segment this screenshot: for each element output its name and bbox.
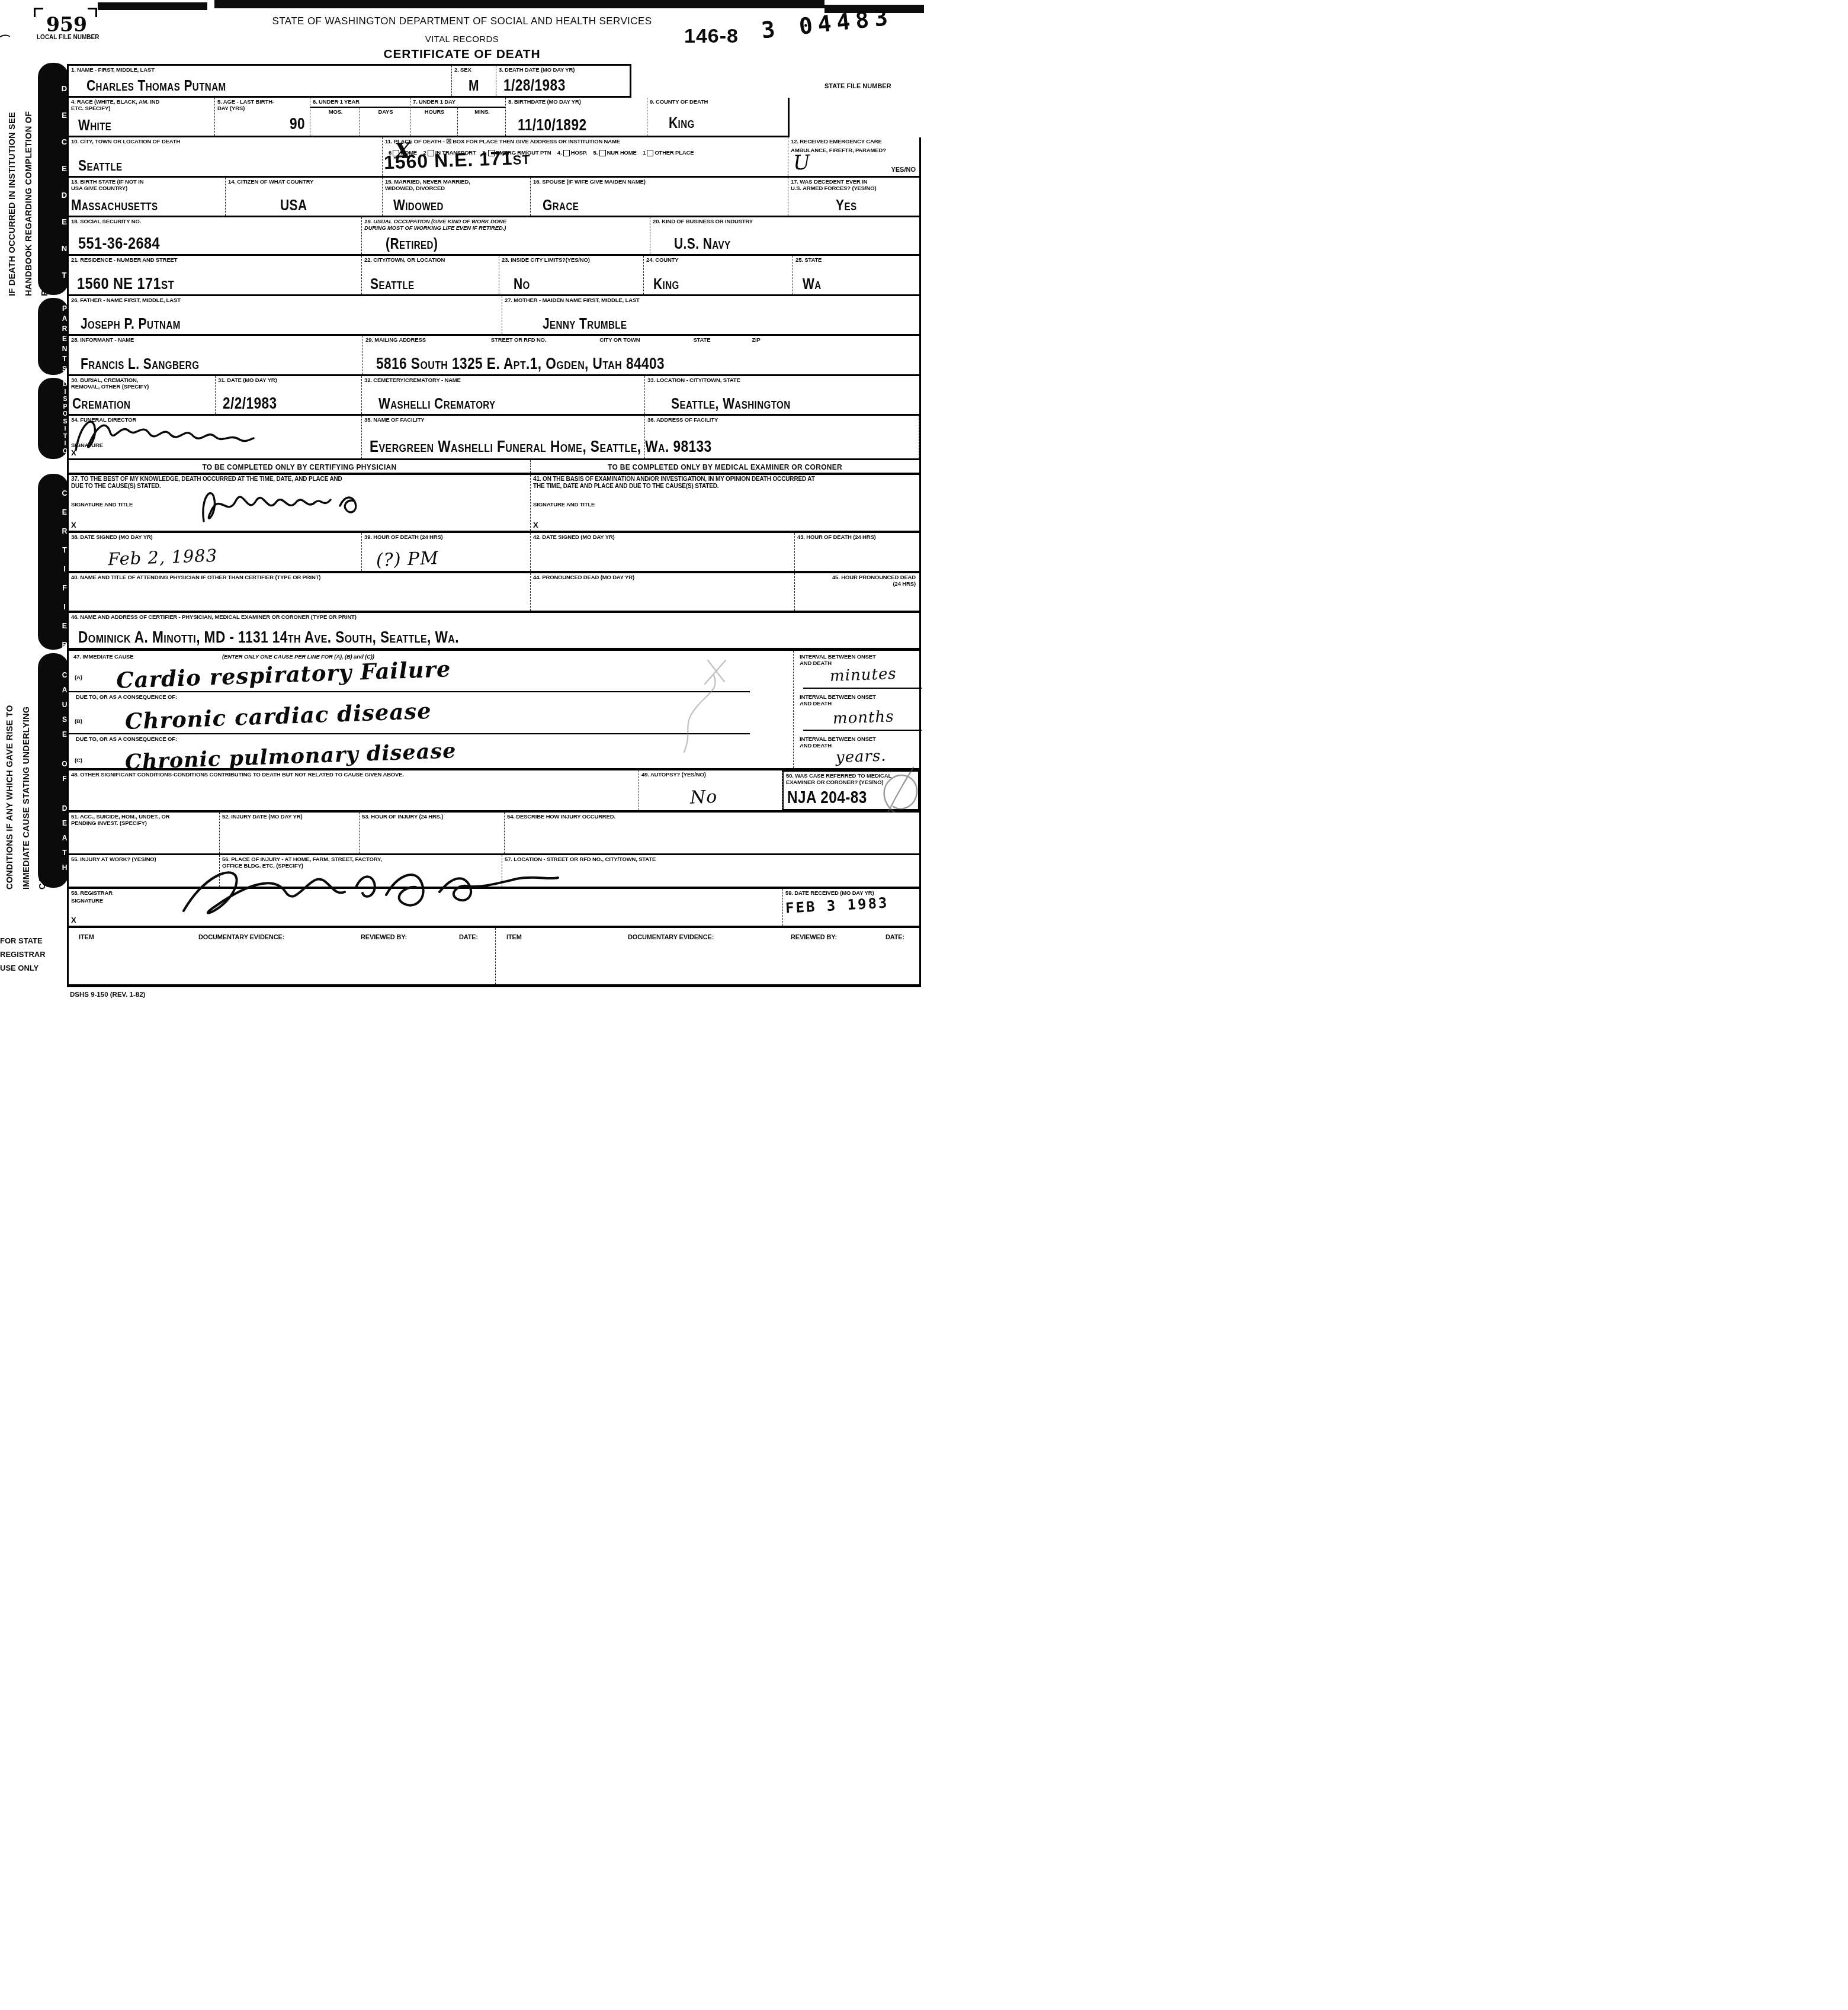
row-section-headers: TO BE COMPLETED ONLY BY CERTIFYING PHYSI…	[67, 460, 921, 475]
field-industry: 20. KIND OF BUSINESS OR INDUSTRY U.S. Na…	[650, 217, 919, 254]
field-informant-value: Francis L. Sangberg	[81, 356, 199, 373]
field-residence-street-label: 21. RESIDENCE - NUMBER AND STREET	[69, 256, 361, 264]
top-bar-left	[98, 2, 207, 10]
field-marital-status-label: 15. MARRIED, NEVER MARRIED, WIDOWED, DIV…	[383, 178, 530, 192]
physician-signature-title-label: SIGNATURE AND TITLE	[69, 500, 134, 508]
field-citizen-value: USA	[280, 197, 307, 214]
row-certifier-name: 46. NAME AND ADDRESS OF CERTIFIER - PHYS…	[67, 613, 921, 651]
row-cause-of-death: 47. IMMEDIATE CAUSE (ENTER ONLY ONE CAUS…	[67, 651, 921, 770]
certifier-name-address-value: Dominick A. Minotti, MD - 1131 14th Ave.…	[78, 628, 459, 647]
field-residence-street-value: 1560 NE 171st	[77, 274, 174, 293]
item-label-1: ITEM	[76, 933, 95, 942]
field-age-label: 5. AGE - LAST BIRTH- DAY (YRS)	[215, 98, 310, 112]
option-hosp-num: 4.	[557, 150, 562, 156]
field-name-label: 1. NAME - FIRST, MIDDLE, LAST	[69, 66, 451, 73]
pencil-scribble	[649, 643, 737, 755]
field-hour-of-death-examiner: 43. HOUR OF DEATH (24 HRS)	[795, 533, 919, 571]
row-city-place-of-death: 10. CITY, TOWN OR LOCATION OF DEATH Seat…	[67, 137, 921, 178]
field-inside-city-limits: 23. INSIDE CITY LIMITS?(YES/NO) No	[499, 256, 644, 294]
tab-certifier: CERTIFIER	[38, 474, 69, 650]
case-referred-value: NJA 204-83	[787, 788, 867, 808]
city-or-town-label: CITY OR TOWN	[599, 337, 640, 343]
field-death-date: 3. DEATH DATE (MO DAY YR) 1/28/1983	[496, 66, 630, 96]
field-birthdate-label: 8. BIRTHDATE (MO DAY YR)	[506, 98, 647, 105]
field-date-received: 59. DATE RECEIVED (MO DAY YR) FEB 3 1983	[782, 889, 919, 926]
field-other-conditions: 48. OTHER SIGNIFICANT CONDITIONS-CONDITI…	[69, 770, 639, 810]
tab-parents: PARENTS	[38, 298, 69, 375]
field-spouse: 16. SPOUSE (IF WIFE GIVE MAIDEN NAME) Gr…	[531, 178, 788, 216]
field-birth-state-value: Massachusetts	[71, 197, 158, 214]
field-spouse-label: 16. SPOUSE (IF WIFE GIVE MAIDEN NAME)	[531, 178, 788, 185]
field-mother-name: 27. MOTHER - MAIDEN NAME FIRST, MIDDLE, …	[502, 296, 919, 334]
emergency-care-yesno: YES/NO	[891, 166, 916, 174]
field-name: 1. NAME - FIRST, MIDDLE, LAST Charles Th…	[69, 66, 452, 96]
state-label: STATE	[693, 337, 710, 343]
field-date-signed-physician: 38. DATE SIGNED (MO DAY YR) Feb 2, 1983	[69, 533, 362, 571]
field-city-of-death-value: Seattle	[78, 158, 123, 175]
field-under-1-year-label: 6. UNDER 1 YEAR	[310, 98, 410, 108]
field-under-1-day-label: 7. UNDER 1 DAY	[410, 98, 505, 108]
row-parents: 26. FATHER - NAME FIRST, MIDDLE, LAST Jo…	[67, 296, 921, 336]
injury-hour-label: 53. HOUR OF INJURY (24 HRS.)	[360, 813, 504, 820]
field-birthdate: 8. BIRTHDATE (MO DAY YR) 11/10/1892	[506, 98, 647, 136]
row-other-conditions: 48. OTHER SIGNIFICANT CONDITIONS-CONDITI…	[67, 770, 921, 813]
field-emergency-care-label: 12. RECEIVED EMERGENCY CARE	[788, 137, 919, 145]
other-conditions-label: 48. OTHER SIGNIFICANT CONDITIONS-CONDITI…	[69, 770, 639, 778]
state-registrar-use-label: FOR STATE REGISTRAR USE ONLY	[0, 935, 46, 975]
interval-b-value: months	[833, 708, 895, 728]
row-ssn-occupation-industry: 18. SOCIAL SECURITY NO. 551-36-2684 19. …	[67, 217, 921, 256]
field-residence-city-label: 22. CITY/TOWN, OR LOCATION	[362, 256, 499, 264]
field-informant: 28. INFORMANT - NAME Francis L. Sangberg	[69, 336, 363, 374]
field-residence-county-label: 24. COUNTY	[644, 256, 793, 264]
physician-x: X	[71, 521, 76, 529]
field-residence-state-value: Wa	[803, 276, 822, 293]
field-occupation-value: (Retired)	[386, 236, 438, 253]
field-under-1-day: 7. UNDER 1 DAY HOURS MINS.	[410, 98, 506, 136]
registrar-x: X	[71, 916, 76, 924]
option-other-place: 1OTHER PLACE	[643, 150, 694, 156]
field-marital-status-value: Widowed	[393, 197, 444, 214]
field-mailing-address-label-row: 29. MAILING ADDRESS STREET OR RFD NO. CI…	[363, 336, 919, 343]
state-file-label: STATE FILE NUMBER	[824, 83, 891, 90]
field-race: 4. RACE (WHITE, BLACK, AM. IND ETC. SPEC…	[69, 98, 215, 136]
field-mother-name-label: 27. MOTHER - MAIDEN NAME FIRST, MIDDLE, …	[502, 296, 919, 304]
mos-label: MOS.	[310, 108, 360, 115]
field-armed-forces-value: Yes	[836, 197, 856, 214]
field-sex: 2. SEX M	[452, 66, 496, 96]
interval-label-1: INTERVAL BETWEEN ONSET AND DEATH	[797, 653, 877, 667]
field-residence-county-value: King	[653, 276, 679, 293]
field-ssn-value: 551-36-2684	[78, 234, 160, 253]
date-signed-physician-label: 38. DATE SIGNED (MO DAY YR)	[69, 533, 361, 541]
date-received-label: 59. DATE RECEIVED (MO DAY YR)	[783, 889, 919, 897]
field-facility-address-label: 36. ADDRESS OF FACILITY	[645, 416, 919, 423]
field-crematory-name-value: Washelli Crematory	[378, 396, 496, 413]
date-signed-examiner-label: 42. DATE SIGNED (MO DAY YR)	[531, 533, 794, 541]
interval-divider	[793, 651, 794, 768]
row-informant: 28. INFORMANT - NAME Francis L. Sangberg…	[67, 336, 921, 376]
cause-a-line	[69, 691, 750, 692]
cause-b-line	[69, 733, 750, 734]
date-label-2: DATE:	[883, 933, 906, 942]
field-crematory-name-label: 32. CEMETERY/CREMATORY - NAME	[362, 376, 644, 384]
interval-b-line	[803, 730, 922, 731]
field-birth-state-label: 13. BIRTH STATE (IF NOT IN USA GIVE COUN…	[69, 178, 225, 192]
top-bar-main	[214, 0, 824, 8]
field-citizen-label: 14. CITIZEN OF WHAT COUNTRY	[226, 178, 382, 185]
field-hour-pronounced-dead: 45. HOUR PRONOUNCED DEAD (24 HRS)	[795, 573, 919, 611]
field-facility-name-label: 35. NAME OF FACILITY	[362, 416, 644, 423]
field-informant-label: 28. INFORMANT - NAME	[69, 336, 362, 343]
option-nur-home-label: NUR HOME	[607, 150, 637, 156]
row-date-signed: 38. DATE SIGNED (MO DAY YR) Feb 2, 1983 …	[67, 533, 921, 573]
other-place-checkbox	[647, 150, 653, 156]
field-mailing-address: 29. MAILING ADDRESS STREET OR RFD NO. CI…	[363, 336, 919, 374]
field-examiner-certification: 41. ON THE BASIS OF EXAMINATION AND/OR I…	[531, 475, 919, 531]
cause-c-value: Chronic pulmonary disease	[124, 739, 456, 774]
field-attending-physician: 40. NAME AND TITLE OF ATTENDING PHYSICIA…	[69, 573, 531, 611]
field-disposition-location: 33. LOCATION - CITY/TOWN, STATE Seattle,…	[645, 376, 919, 414]
cause-b-tag: (B)	[72, 717, 84, 725]
certifier-signature-scrawl	[195, 474, 379, 533]
field-death-date-label: 3. DEATH DATE (MO DAY YR)	[496, 66, 630, 73]
field-father-name: 26. FATHER - NAME FIRST, MIDDLE, LAST Jo…	[69, 296, 502, 334]
option-nur-home: 5.NUR HOME	[593, 150, 637, 156]
field-city-of-death-label: 10. CITY, TOWN OR LOCATION OF DEATH	[69, 137, 382, 145]
row-race-age-birthdate: 4. RACE (WHITE, BLACK, AM. IND ETC. SPEC…	[67, 98, 790, 137]
reviewed-by-label-2: REVIEWED BY:	[788, 933, 838, 942]
examiner-x: X	[533, 521, 538, 529]
field-mother-name-value: Jenny Trumble	[543, 316, 627, 333]
row-injury-info: 51. ACC., SUICIDE, HOM., UNDET., OR PEND…	[67, 813, 921, 855]
field-injury-hour: 53. HOUR OF INJURY (24 HRS.)	[360, 813, 505, 853]
injury-date-label: 52. INJURY DATE (MO DAY YR)	[220, 813, 359, 820]
street-rfd-label: STREET OR RFD NO.	[491, 337, 547, 343]
field-residence-city-value: Seattle	[370, 276, 415, 293]
field-residence-state-label: 25. STATE	[793, 256, 919, 264]
local-file-number: 959	[46, 13, 87, 36]
option-other-place-num: 1	[643, 150, 646, 156]
field-crematory-name: 32. CEMETERY/CREMATORY - NAME Washelli C…	[362, 376, 645, 414]
option-nur-home-num: 5.	[593, 150, 598, 156]
hours-label: HOURS	[410, 108, 457, 115]
field-name-value: Charles Thomas Putnam	[86, 78, 226, 95]
field-sex-value: M	[469, 78, 479, 95]
hosp-checkbox	[563, 150, 570, 156]
reviewed-by-label-1: REVIEWED BY:	[358, 933, 408, 942]
mins-label: MINS.	[458, 108, 505, 115]
referral-scribble	[871, 764, 924, 817]
batch-code: 146-8	[684, 25, 739, 48]
medical-examiner-header: TO BE COMPLETED ONLY BY MEDICAL EXAMINER…	[531, 460, 919, 473]
interval-a-line	[803, 688, 922, 689]
certifier-name-address-label: 46. NAME AND ADDRESS OF CERTIFIER - PHYS…	[69, 613, 919, 621]
field-disposition-type-label: 30. BURIAL, CREMATION, REMOVAL, OTHER (S…	[69, 376, 215, 390]
pronounced-dead-label: 44. PRONOUNCED DEAD (MO DAY YR)	[531, 573, 794, 581]
doc-evidence-label-1: DOCUMENTARY EVIDENCE:	[196, 933, 285, 942]
days-label: DAYS	[360, 108, 410, 115]
cause-c-tag: (C)	[72, 756, 84, 764]
field-disposition-location-value: Seattle, Washington	[671, 396, 791, 413]
doc-evidence-label-2: DOCUMENTARY EVIDENCE:	[625, 933, 715, 942]
date-signed-physician-value: Feb 2, 1983	[107, 545, 217, 569]
due-to-label-2: DUE TO, OR AS A CONSEQUENCE OF:	[73, 735, 178, 743]
cause-of-death-area: 47. IMMEDIATE CAUSE (ENTER ONLY ONE CAUS…	[69, 651, 919, 768]
injury-description-label: 54. DESCRIBE HOW INJURY OCCURRED.	[505, 813, 919, 820]
row-state-registrar-use: ITEM DOCUMENTARY EVIDENCE: REVIEWED BY: …	[67, 928, 921, 987]
row-attending-physician: 40. NAME AND TITLE OF ATTENDING PHYSICIA…	[67, 573, 921, 613]
date-received-stamp: FEB 3 1983	[785, 894, 889, 916]
field-inside-city-limits-label: 23. INSIDE CITY LIMITS?(YES/NO)	[499, 256, 643, 264]
field-citizen: 14. CITIZEN OF WHAT COUNTRY USA	[226, 178, 383, 216]
field-age: 5. AGE - LAST BIRTH- DAY (YRS) 90	[215, 98, 310, 136]
funeral-director-signature-scrawl	[71, 407, 255, 462]
form-number: DSHS 9-150 (REV. 1-82)	[70, 991, 145, 998]
cause-b-value: Chronic cardiac disease	[124, 698, 432, 734]
field-race-value: White	[78, 117, 111, 134]
hour-of-death-value: (?) PM	[376, 548, 439, 571]
field-autopsy: 49. AUTOPSY? (YES/NO) No	[639, 770, 782, 810]
field-county-of-death: 9. COUNTY OF DEATH King	[647, 98, 788, 136]
row-name-sex-deathdate: 1. NAME - FIRST, MIDDLE, LAST Charles Th…	[67, 64, 631, 98]
examiner-signature-title-label: SIGNATURE AND TITLE	[531, 500, 596, 508]
field-injury-description: 54. DESCRIBE HOW INJURY OCCURRED.	[505, 813, 919, 853]
registrar-signature-scrawl	[166, 852, 569, 926]
item-label-2: ITEM	[504, 933, 523, 942]
field-ssn-label: 18. SOCIAL SECURITY NO.	[69, 217, 361, 225]
due-to-label-1: DUE TO, OR AS A CONSEQUENCE OF:	[73, 693, 178, 701]
option-hosp-label: HOSP.	[571, 150, 587, 156]
field-spouse-value: Grace	[543, 197, 579, 214]
field-ssn: 18. SOCIAL SECURITY NO. 551-36-2684	[69, 217, 362, 254]
examiner-certification-label: 41. ON THE BASIS OF EXAMINATION AND/OR I…	[531, 475, 919, 490]
certifying-physician-header: TO BE COMPLETED ONLY BY CERTIFYING PHYSI…	[69, 460, 531, 473]
page-title: CERTIFICATE OF DEATH	[0, 47, 924, 62]
hour-of-death-examiner-label: 43. HOUR OF DEATH (24 HRS)	[795, 533, 919, 541]
interval-label-2: INTERVAL BETWEEN ONSET AND DEATH	[797, 693, 877, 707]
field-residence-state: 25. STATE Wa	[793, 256, 919, 294]
field-residence-county: 24. COUNTY King	[644, 256, 793, 294]
state-registrar-use-area: ITEM DOCUMENTARY EVIDENCE: REVIEWED BY: …	[69, 928, 919, 984]
field-place-of-death: 11. PLACE OF DEATH - ☒ BOX FOR PLACE THE…	[383, 137, 788, 176]
use-area-divider	[495, 928, 496, 984]
field-county-of-death-label: 9. COUNTY OF DEATH	[647, 98, 788, 105]
hour-pronounced-dead-label: 45. HOUR PRONOUNCED DEAD (24 HRS)	[795, 573, 919, 587]
field-birth-state: 13. BIRTH STATE (IF NOT IN USA GIVE COUN…	[69, 178, 226, 216]
field-sex-label: 2. SEX	[452, 66, 496, 73]
date-label-1: DATE:	[457, 933, 479, 942]
option-other-place-label: OTHER PLACE	[654, 150, 694, 156]
field-occupation: 19. USUAL OCCUPATION (GIVE KIND OF WORK …	[362, 217, 650, 254]
field-certifier-name-address: 46. NAME AND ADDRESS OF CERTIFIER - PHYS…	[69, 613, 919, 648]
field-under-1-year: 6. UNDER 1 YEAR MOS. DAYS	[310, 98, 410, 136]
field-industry-label: 20. KIND OF BUSINESS OR INDUSTRY	[650, 217, 919, 225]
field-injury-date: 52. INJURY DATE (MO DAY YR)	[220, 813, 360, 853]
attending-physician-label: 40. NAME AND TITLE OF ATTENDING PHYSICIA…	[69, 573, 530, 581]
field-inside-city-limits-value: No	[514, 276, 530, 293]
field-age-value: 90	[290, 115, 305, 133]
tab-decedent: DECEDENT	[38, 63, 69, 295]
tab-disposition: DISPOSITION	[38, 378, 69, 459]
field-marital-status: 15. MARRIED, NEVER MARRIED, WIDOWED, DIV…	[383, 178, 531, 216]
field-death-date-value: 1/28/1983	[503, 76, 566, 95]
cause-a-tag: (A)	[72, 673, 84, 681]
facility-value: Evergreen Washelli Funeral Home, Seattle…	[370, 438, 712, 456]
hour-of-death-label: 39. HOUR OF DEATH (24 HRS)	[362, 533, 530, 541]
interval-a-value: minutes	[830, 665, 897, 685]
field-disposition-date-label: 31. DATE (MO DAY YR)	[216, 376, 361, 384]
autopsy-label: 49. AUTOPSY? (YES/NO)	[639, 770, 782, 778]
field-father-name-value: Joseph P. Putnam	[81, 316, 181, 333]
field-residence-city: 22. CITY/TOWN, OR LOCATION Seattle	[362, 256, 499, 294]
field-date-signed-examiner: 42. DATE SIGNED (MO DAY YR)	[531, 533, 795, 571]
crop-mark-right	[88, 8, 97, 17]
field-pronounced-dead: 44. PRONOUNCED DEAD (MO DAY YR)	[531, 573, 795, 611]
nur-home-checkbox	[599, 150, 606, 156]
field-city-of-death: 10. CITY, TOWN OR LOCATION OF DEATH Seat…	[69, 137, 383, 176]
zip-label: ZIP	[752, 337, 760, 343]
field-hour-of-death: 39. HOUR OF DEATH (24 HRS) (?) PM	[362, 533, 531, 571]
option-hosp: 4.HOSP.	[557, 150, 587, 156]
tab-cause-of-death: CAUSE OF DEATH	[38, 653, 69, 888]
field-armed-forces-label: 17. WAS DECEDENT EVER IN U.S. ARMED FORC…	[788, 178, 919, 192]
field-manner: 51. ACC., SUICIDE, HOM., UNDET., OR PEND…	[69, 813, 220, 853]
autopsy-value: No	[689, 786, 718, 808]
field-place-of-death-label: 11. PLACE OF DEATH - ☒ BOX FOR PLACE THE…	[383, 137, 788, 145]
row-residence: 21. RESIDENCE - NUMBER AND STREET 1560 N…	[67, 256, 921, 296]
mailing-address-label: 29. MAILING ADDRESS	[365, 337, 426, 343]
field-birthdate-value: 11/10/1892	[518, 116, 586, 134]
emergency-care-value: U	[793, 150, 811, 175]
field-county-of-death-value: King	[669, 115, 695, 132]
row-birthstate-citizen-marital: 13. BIRTH STATE (IF NOT IN USA GIVE COUN…	[67, 178, 921, 217]
place-of-death-address-value: 1560 N.E. 171st	[383, 147, 531, 174]
field-armed-forces: 17. WAS DECEDENT EVER IN U.S. ARMED FORC…	[788, 178, 919, 216]
field-disposition-location-label: 33. LOCATION - CITY/TOWN, STATE	[645, 376, 919, 384]
field-industry-value: U.S. Navy	[674, 236, 731, 253]
crop-mark-left	[34, 8, 43, 17]
field-mailing-address-value: 5816 South 1325 E. Apt.1, Ogden, Utah 84…	[376, 355, 665, 373]
field-race-label: 4. RACE (WHITE, BLACK, AM. IND ETC. SPEC…	[69, 98, 214, 112]
field-residence-street: 21. RESIDENCE - NUMBER AND STREET 1560 N…	[69, 256, 362, 294]
field-emergency-care: 12. RECEIVED EMERGENCY CARE AMBULANCE, F…	[788, 137, 919, 176]
immediate-cause-label: 47. IMMEDIATE CAUSE	[71, 653, 135, 660]
field-occupation-label: 19. USUAL OCCUPATION (GIVE KIND OF WORK …	[362, 217, 650, 232]
manner-label: 51. ACC., SUICIDE, HOM., UNDET., OR PEND…	[69, 813, 219, 827]
field-father-name-label: 26. FATHER - NAME FIRST, MIDDLE, LAST	[69, 296, 502, 304]
cause-a-value: Cardio respiratory Failure	[115, 656, 451, 693]
